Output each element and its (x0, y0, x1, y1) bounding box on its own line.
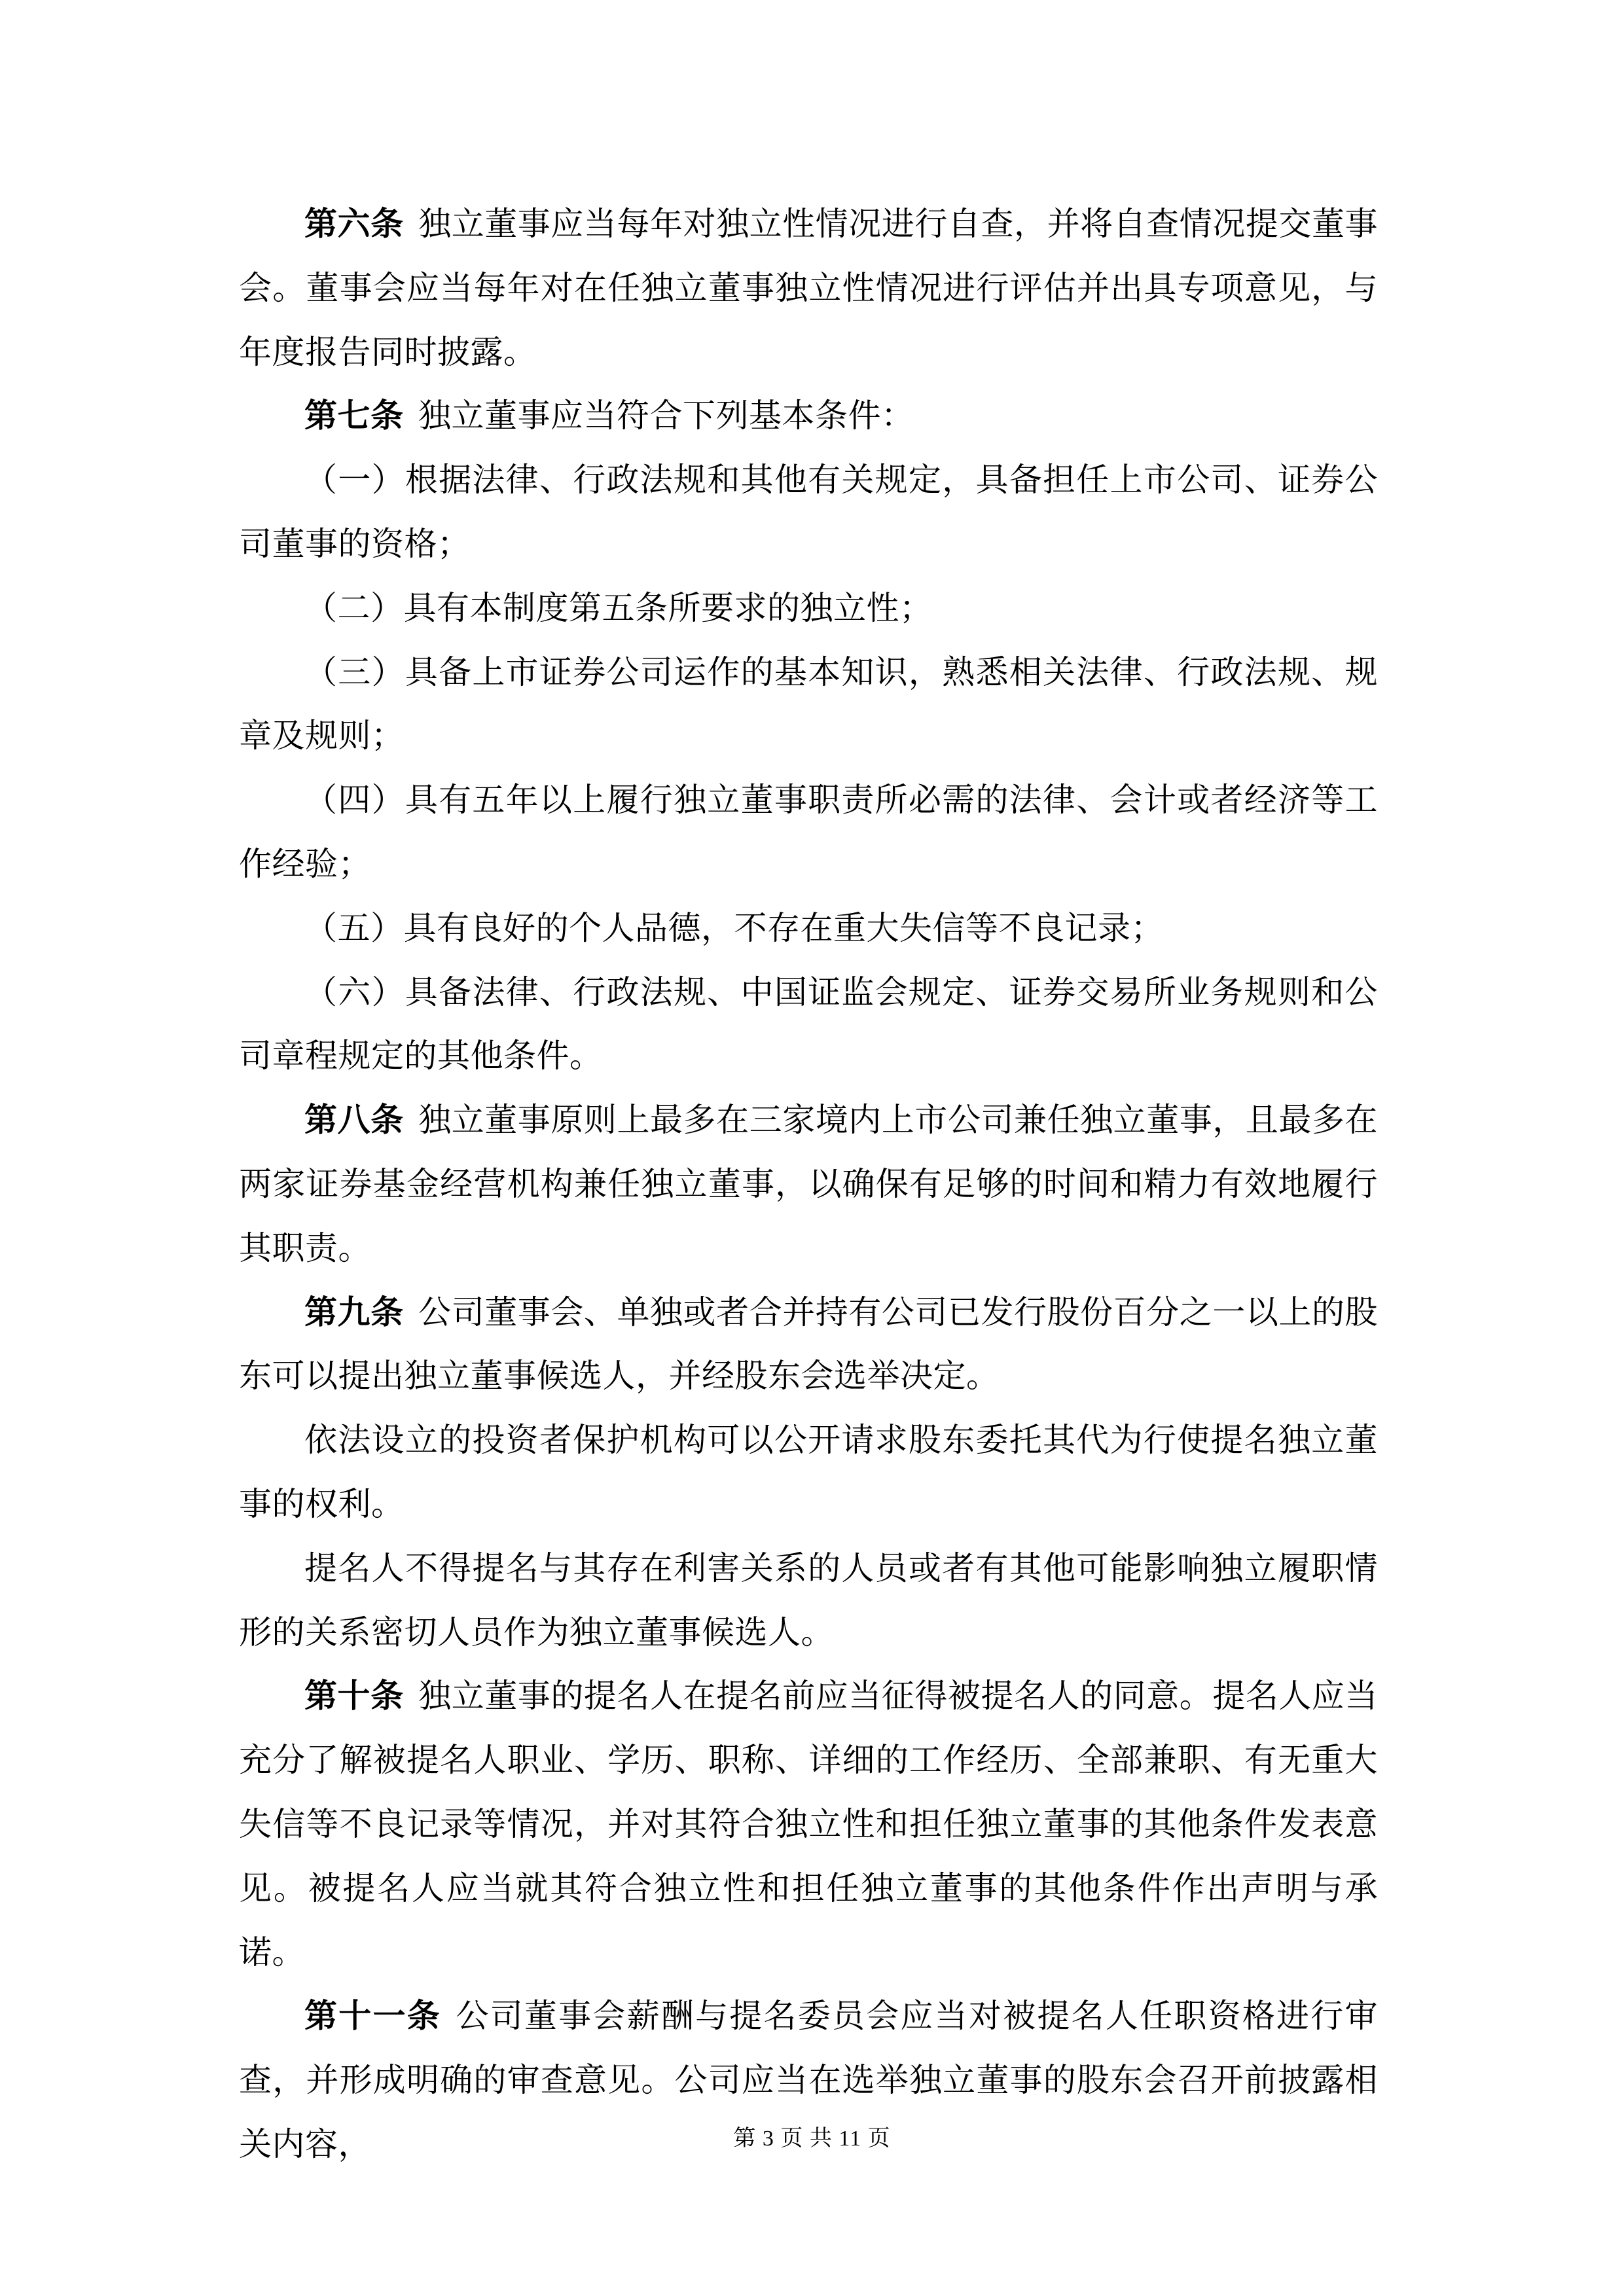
article-number: 第九条 (304, 1294, 404, 1331)
paragraph: （三）具备上市证券公司运作的基本知识，熟悉相关法律、行政法规、规章及规则； (239, 641, 1378, 769)
paragraph-text: （六）具备法律、行政法规、中国证监会规定、证券交易所业务规则和公司章程规定的其他… (239, 974, 1378, 1075)
paragraph: 第十条独立董事的提名人在提名前应当征得被提名人的同意。提名人应当充分了解被提名人… (239, 1664, 1378, 1984)
paragraph: 提名人不得提名与其存在利害关系的人员或者有其他可能影响独立履职情形的关系密切人员… (239, 1537, 1378, 1665)
paragraph-text: 依法设立的投资者保护机构可以公开请求股东委托其代为行使提名独立董事的权利。 (239, 1422, 1378, 1522)
article-number: 第十条 (304, 1677, 404, 1714)
document-body: 第六条独立董事应当每年对独立性情况进行自查，并将自查情况提交董事会。董事会应当每… (239, 192, 1378, 2177)
paragraph: 第六条独立董事应当每年对独立性情况进行自查，并将自查情况提交董事会。董事会应当每… (239, 192, 1378, 384)
paragraph: （二）具有本制度第五条所要求的独立性； (239, 577, 1378, 641)
paragraph: （六）具备法律、行政法规、中国证监会规定、证券交易所业务规则和公司章程规定的其他… (239, 961, 1378, 1089)
paragraph: （四）具有五年以上履行独立董事职责所必需的法律、会计或者经济等工作经验； (239, 768, 1378, 897)
paragraph: 第八条独立董事原则上最多在三家境内上市公司兼任独立董事，且最多在两家证券基金经营… (239, 1088, 1378, 1280)
paragraph-text: 提名人不得提名与其存在利害关系的人员或者有其他可能影响独立履职情形的关系密切人员… (239, 1550, 1378, 1651)
article-number: 第七条 (304, 397, 404, 434)
paragraph: （一）根据法律、行政法规和其他有关规定，具备担任上市公司、证券公司董事的资格； (239, 448, 1378, 577)
paragraph: （五）具有良好的个人品德，不存在重大失信等不良记录； (239, 897, 1378, 961)
paragraph-text: 独立董事原则上最多在三家境内上市公司兼任独立董事，且最多在两家证券基金经营机构兼… (239, 1102, 1378, 1266)
paragraph-text: （四）具有五年以上履行独立董事职责所必需的法律、会计或者经济等工作经验； (239, 781, 1378, 882)
document-page: 第六条独立董事应当每年对独立性情况进行自查，并将自查情况提交董事会。董事会应当每… (0, 0, 1624, 2296)
paragraph-text: （三）具备上市证券公司运作的基本知识，熟悉相关法律、行政法规、规章及规则； (239, 654, 1378, 755)
paragraph-text: （五）具有良好的个人品德，不存在重大失信等不良记录； (304, 910, 1164, 946)
article-number: 第八条 (304, 1102, 404, 1138)
paragraph-text: 独立董事应当每年对独立性情况进行自查，并将自查情况提交董事会。董事会应当每年对在… (239, 206, 1378, 370)
article-number: 第六条 (304, 206, 404, 242)
paragraph-text: （一）根据法律、行政法规和其他有关规定，具备担任上市公司、证券公司董事的资格； (239, 461, 1378, 562)
page-footer: 第 3 页 共 11 页 (0, 2119, 1624, 2159)
article-number: 第十一条 (304, 1998, 441, 2034)
paragraph: 第七条独立董事应当符合下列基本条件： (239, 384, 1378, 448)
paragraph-text: 独立董事的提名人在提名前应当征得被提名人的同意。提名人应当充分了解被提名人职业、… (239, 1677, 1378, 1970)
paragraph-text: 公司董事会、单独或者合并持有公司已发行股份百分之一以上的股东可以提出独立董事候选… (239, 1294, 1378, 1395)
page-number-label: 第 3 页 共 11 页 (733, 2126, 890, 2151)
paragraph-text: 独立董事应当符合下列基本条件： (418, 397, 914, 434)
paragraph: 第九条公司董事会、单独或者合并持有公司已发行股份百分之一以上的股东可以提出独立董… (239, 1281, 1378, 1409)
paragraph: 依法设立的投资者保护机构可以公开请求股东委托其代为行使提名独立董事的权利。 (239, 1408, 1378, 1537)
paragraph-text: （二）具有本制度第五条所要求的独立性； (304, 590, 933, 626)
